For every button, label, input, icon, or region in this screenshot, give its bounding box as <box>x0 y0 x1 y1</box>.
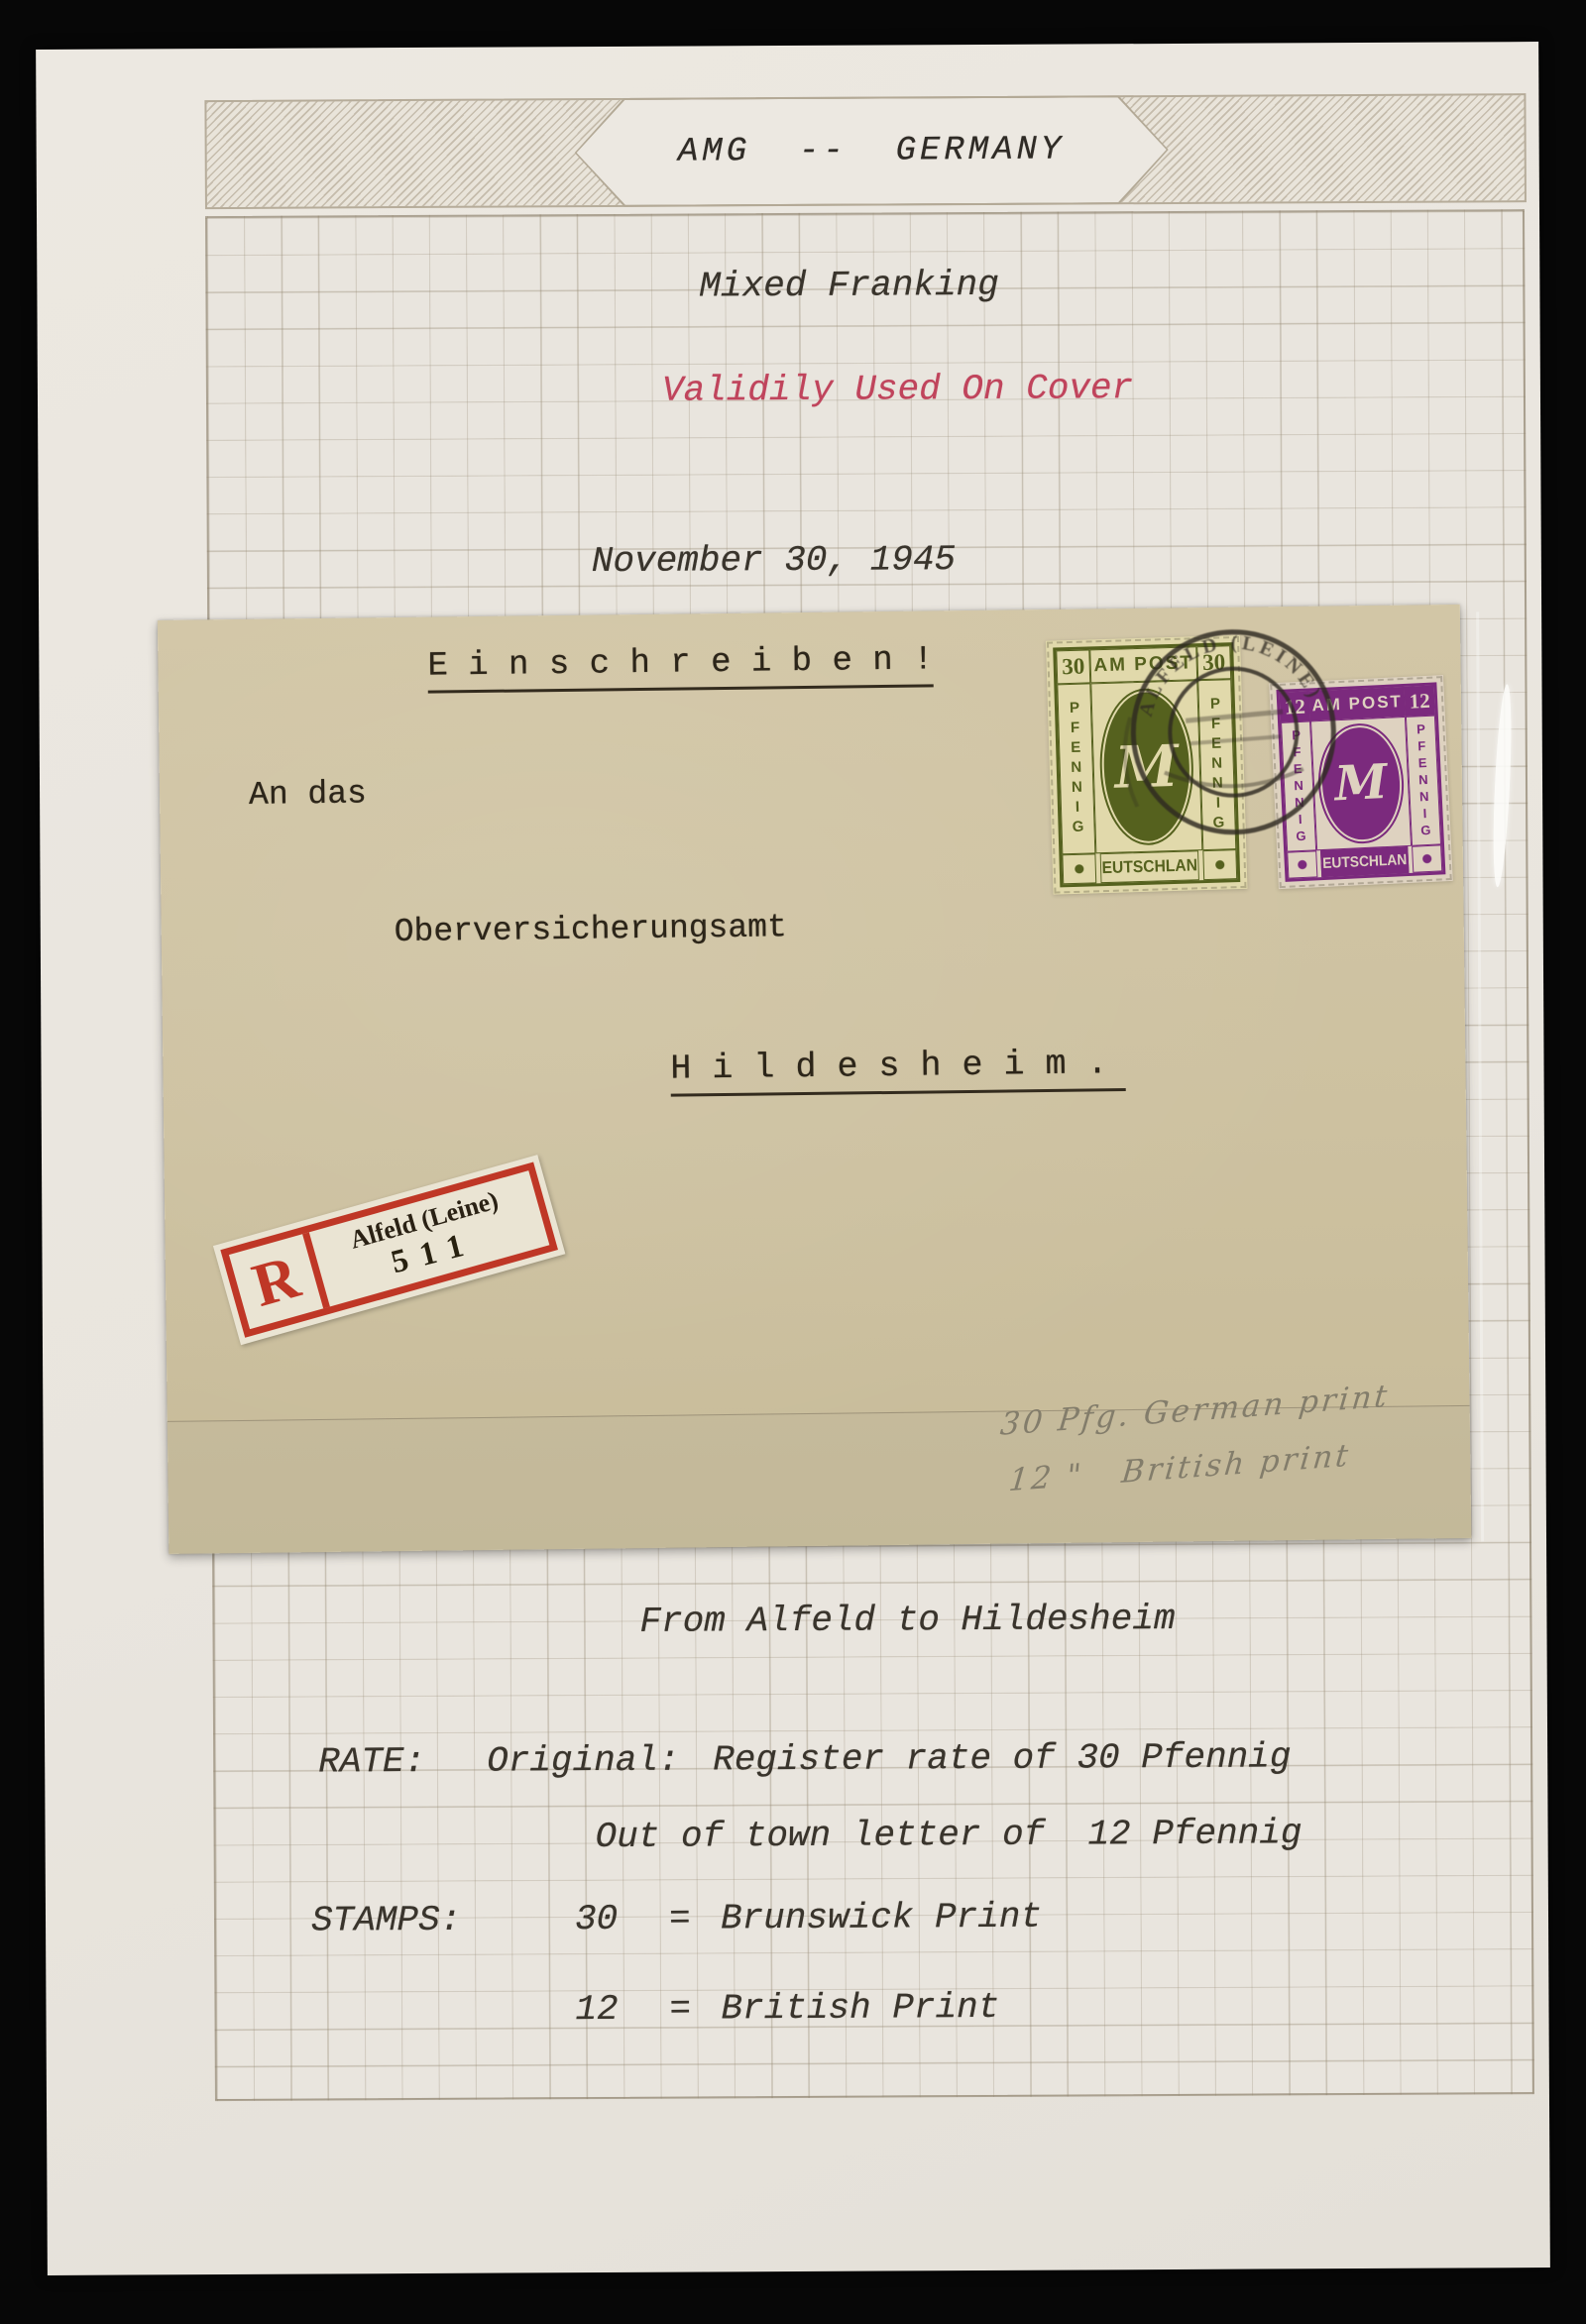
address-city: H i l d e s h e i m . <box>670 1045 1126 1096</box>
stamp-12pf-value-right: 12 <box>1404 686 1434 717</box>
stamp-12pf-pfennig-right: PFENNIG <box>1406 716 1441 846</box>
title-banner: AMG -- GERMANY <box>204 93 1527 209</box>
postmark-town-text: ALFELD (LEINE) <box>1134 630 1327 719</box>
postmark: ALFELD (LEINE) <box>1101 600 1366 864</box>
endorsement-einschreiben: E i n s c h r e i b e n ! <box>427 642 934 694</box>
envelope-cover: E i n s c h r e i b e n ! An das Oberver… <box>158 605 1471 1554</box>
registration-label-text: Alfeld (Leine) 511 <box>309 1170 550 1306</box>
rate-qualifier: Original: <box>487 1740 680 1782</box>
stamps-row1-eq: = <box>669 1899 691 1940</box>
sleeve-band <box>168 1405 1472 1555</box>
rate-line2: Out of town letter of 12 Pfennig <box>595 1813 1302 1857</box>
heading-validity: Validily Used On Cover <box>662 368 1133 411</box>
stamps-row1-value: 30 <box>575 1899 618 1940</box>
caption-route: From Alfeld to Hildesheim <box>639 1599 1175 1642</box>
stamp-30pf-pfennig-left: PFENNIG <box>1057 683 1095 854</box>
address-office: Oberversicherungsamt <box>395 910 787 950</box>
svg-text:ALFELD (LEINE): ALFELD (LEINE) <box>1134 630 1327 719</box>
stamps-row2-eq: = <box>669 1989 691 2031</box>
rate-label: RATE: <box>318 1741 425 1783</box>
heading-date: November 30, 1945 <box>592 539 956 582</box>
heading-mixed-franking: Mixed Franking <box>699 265 999 307</box>
registration-label-border: R Alfeld (Leine) 511 <box>220 1162 558 1337</box>
album-page: AMG -- GERMANY Mixed Franking Validily U… <box>36 42 1550 2275</box>
address-intro: An das <box>249 776 367 814</box>
stamp-30pf-ornament-left <box>1062 853 1096 884</box>
stamps-row2-value: 12 <box>575 1989 618 2031</box>
stamp-12pf-ornament-right <box>1412 844 1442 872</box>
stamps-label: STAMPS: <box>311 1900 461 1941</box>
stamp-30pf-value-left: 30 <box>1056 649 1090 684</box>
rate-line1: Register rate of 30 Pfennig <box>713 1736 1292 1780</box>
registration-label: R Alfeld (Leine) 511 <box>213 1155 565 1345</box>
banner-title: AMG -- GERMANY <box>574 97 1169 205</box>
stamps-row2-text: British Print <box>721 1987 999 2030</box>
stamps-row1-text: Brunswick Print <box>721 1897 1042 1939</box>
